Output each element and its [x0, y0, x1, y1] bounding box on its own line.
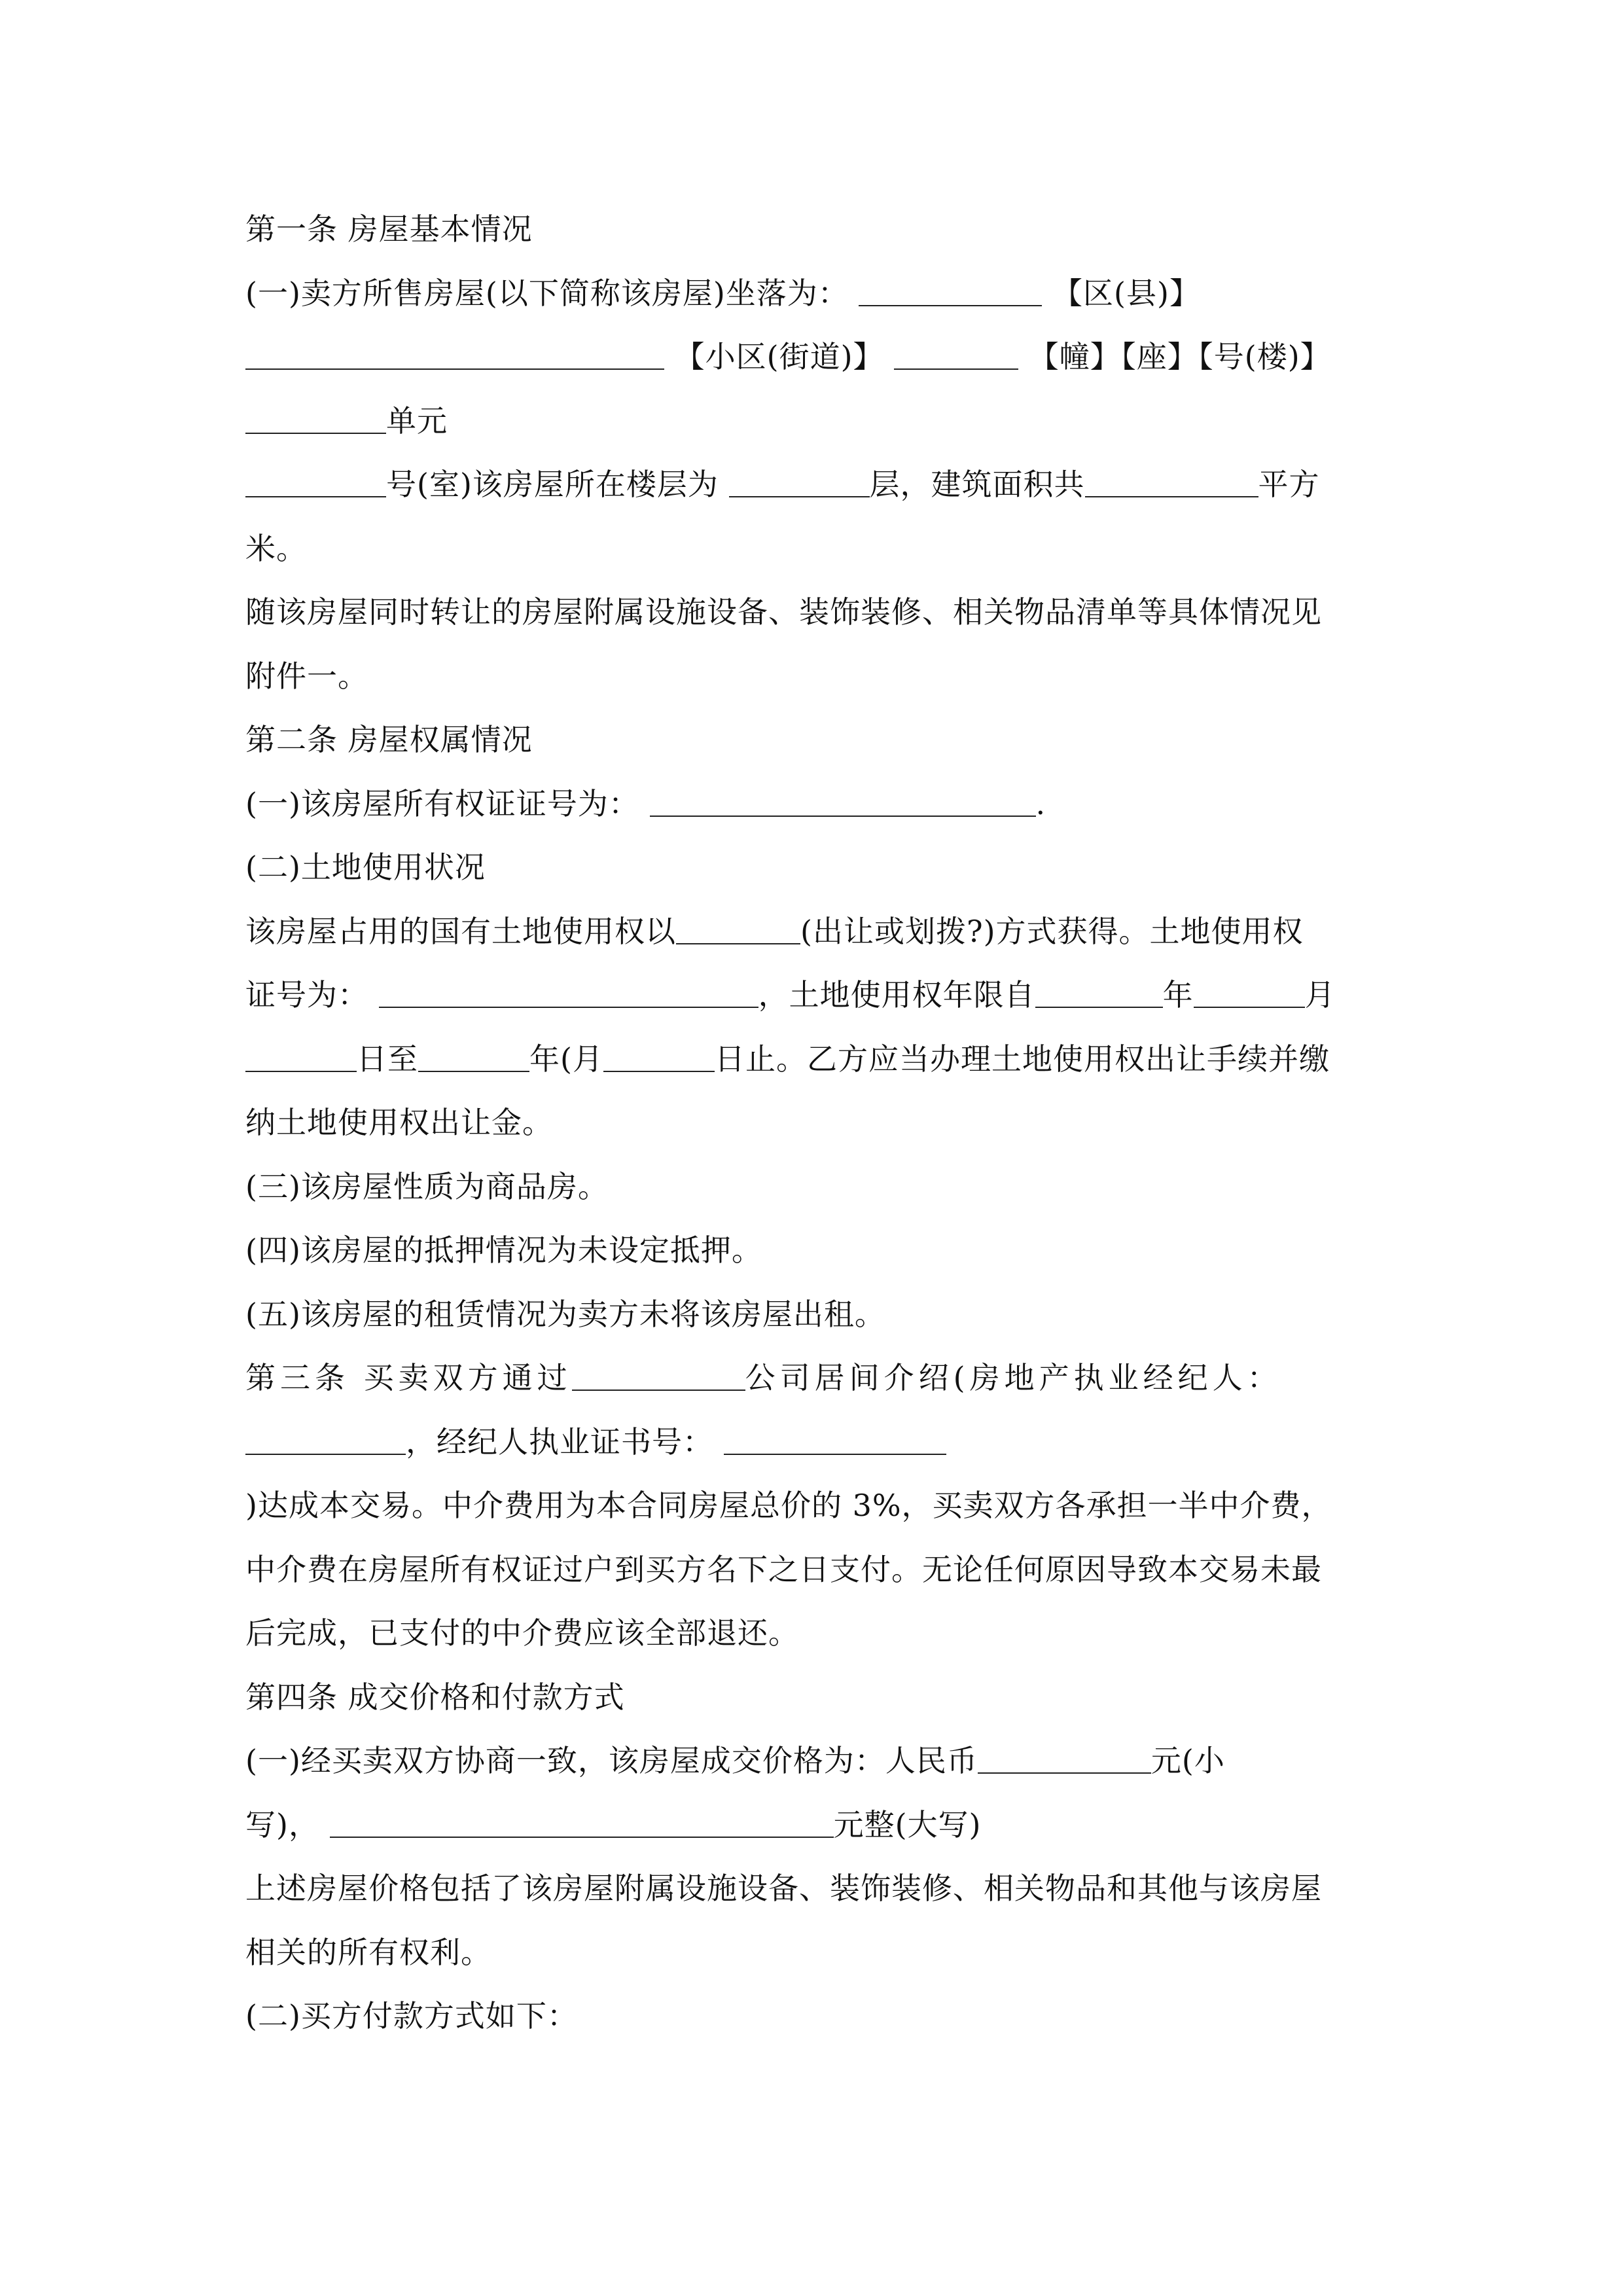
- heading-text: 第一条 房屋基本情况: [245, 211, 533, 247]
- contract-page: 第一条 房屋基本情况 (一)卖方所售房屋(以下简称该房屋)坐落为： 【区(县)】…: [245, 208, 1384, 2059]
- label-text: 单元: [386, 403, 448, 439]
- label-text: 元(小: [1151, 1743, 1225, 1778]
- land-method-blank[interactable]: [676, 913, 800, 944]
- label-text: ，经纪人执业证书号：: [406, 1424, 713, 1460]
- body-text: 附件一。: [245, 658, 368, 694]
- article2-item3: (三)该房屋性质为商品房。: [245, 1166, 1384, 1230]
- article1-line5: 米。: [245, 528, 1384, 592]
- label-text: 月: [1305, 977, 1336, 1013]
- body-text: 随该房屋同时转让的房屋附属设施设备、装饰装修、相关物品清单等具体情况见: [245, 594, 1322, 630]
- land-cert-blank[interactable]: [379, 977, 758, 1008]
- floor-blank[interactable]: [729, 466, 870, 497]
- body-text: 纳土地使用权出让金。: [245, 1105, 553, 1140]
- body-text: (二)买方付款方式如下：: [245, 1998, 578, 2034]
- price-words-blank[interactable]: [330, 1806, 834, 1838]
- heading-text: 第二条 房屋权属情况: [245, 722, 533, 757]
- label-text: 公司居间介绍(房地产执业经纪人：: [745, 1360, 1282, 1395]
- end-day-blank[interactable]: [603, 1041, 715, 1072]
- article1-unit-line: 单元: [245, 400, 1384, 464]
- article2-cert-line: (一)该房屋所有权证证号为： .: [245, 783, 1384, 847]
- agent-license-blank[interactable]: [724, 1424, 946, 1455]
- article4-price-line: (一)经买卖双方协商一致，该房屋成交价格为：人民币元(小: [245, 1740, 1384, 1804]
- article2-item4: (四)该房屋的抵押情况为未设定抵押。: [245, 1229, 1384, 1293]
- body-text: (三)该房屋性质为商品房。: [245, 1169, 609, 1204]
- article1-location-line: (一)卖方所售房屋(以下简称该房屋)坐落为： 【区(县)】: [245, 272, 1384, 336]
- label-text: 【小区(街道)】: [675, 339, 884, 374]
- label-text: (出让或划拨?)方式获得。土地使用权: [800, 914, 1304, 949]
- body-text: (五)该房屋的租赁情况为卖方未将该房屋出租。: [245, 1297, 885, 1332]
- article1-title: 第一条 房屋基本情况: [245, 208, 1384, 272]
- heading-text: 第四条 成交价格和付款方式: [245, 1679, 625, 1715]
- article3-line2: ，经纪人执业证书号：: [245, 1421, 1384, 1485]
- district-blank[interactable]: [859, 275, 1042, 306]
- label-text: 日至: [357, 1041, 418, 1077]
- body-text: 中介费在房屋所有权证过户到买方名下之日支付。无论任何原因导致本交易未最: [245, 1552, 1322, 1587]
- label-text: 【区(县)】: [1052, 276, 1200, 311]
- label-text: 元整(大写): [834, 1807, 982, 1842]
- community-blank[interactable]: [245, 338, 664, 370]
- label-text: 该房屋占用的国有土地使用权以: [245, 914, 676, 949]
- body-text: 上述房屋价格包括了该房屋附属设施设备、装饰装修、相关物品和其他与该房屋: [245, 1871, 1322, 1906]
- article1-line7: 附件一。: [245, 655, 1384, 719]
- body-text: )达成本交易。中介费用为本合同房屋总价的 3%，买卖双方各承担一半中介费，: [245, 1488, 1332, 1523]
- article4-line5: (二)买方付款方式如下：: [245, 1995, 1384, 2059]
- label-text: (一)经买卖双方协商一致，该房屋成交价格为：人民币: [245, 1743, 978, 1778]
- label-text: 年(月: [529, 1041, 603, 1077]
- body-text: 米。: [245, 531, 307, 566]
- article1-community-line: 【小区(街道)】 【幢】【座】【号(楼)】: [245, 336, 1384, 400]
- article4-line4: 相关的所有权利。: [245, 1931, 1384, 1996]
- label-text: 日止。乙方应当办理土地使用权出让手续并缴: [715, 1041, 1330, 1077]
- article2-land-line3: 日至年(月日止。乙方应当办理土地使用权出让手续并缴: [245, 1038, 1384, 1102]
- article1-line6: 随该房屋同时转让的房屋附属设施设备、装饰装修、相关物品清单等具体情况见: [245, 591, 1384, 655]
- article4-title: 第四条 成交价格和付款方式: [245, 1676, 1384, 1740]
- start-month-blank[interactable]: [1194, 977, 1305, 1008]
- article2-title: 第二条 房屋权属情况: [245, 719, 1384, 783]
- article4-line3: 上述房屋价格包括了该房屋附属设施设备、装饰装修、相关物品和其他与该房屋: [245, 1867, 1384, 1931]
- body-text: (二)土地使用状况: [245, 850, 486, 885]
- ownership-cert-blank[interactable]: [650, 785, 1036, 817]
- article3-line5: 后完成，已支付的中介费应该全部退还。: [245, 1612, 1384, 1676]
- article3-line3: )达成本交易。中介费用为本合同房屋总价的 3%，买卖双方各承担一半中介费，: [245, 1484, 1384, 1549]
- label-text: ，土地使用权年限自: [758, 977, 1035, 1013]
- article3-line4: 中介费在房屋所有权证过户到买方名下之日支付。无论任何原因导致本交易未最: [245, 1549, 1384, 1613]
- label-text: 【幢】【座】【号(楼)】: [1029, 339, 1331, 374]
- label-text: 年: [1163, 977, 1194, 1013]
- article1-room-line: 号(室)该房屋所在楼层为 层，建筑面积共平方: [245, 463, 1384, 528]
- agency-company-blank[interactable]: [572, 1359, 745, 1391]
- unit-blank[interactable]: [245, 403, 386, 434]
- start-day-blank[interactable]: [245, 1041, 357, 1072]
- body-text: 后完成，已支付的中介费应该全部退还。: [245, 1615, 799, 1651]
- label-text: 号(室)该房屋所在楼层为: [386, 467, 719, 502]
- label-text: 证号为：: [245, 977, 368, 1013]
- label-text: 层，建筑面积共: [870, 467, 1085, 502]
- label-text: 平方: [1258, 467, 1320, 502]
- label-text: 写)，: [245, 1807, 319, 1842]
- label-text: .: [1036, 786, 1046, 821]
- article2-land-line1: 该房屋占用的国有土地使用权以(出让或划拨?)方式获得。土地使用权: [245, 910, 1384, 975]
- room-blank[interactable]: [245, 466, 386, 497]
- body-text: (四)该房屋的抵押情况为未设定抵押。: [245, 1232, 762, 1268]
- article2-land-line4: 纳土地使用权出让金。: [245, 1102, 1384, 1166]
- label-text: (一)卖方所售房屋(以下简称该房屋)坐落为：: [245, 276, 849, 311]
- article2-land-title: (二)土地使用状况: [245, 846, 1384, 910]
- article2-land-line2: 证号为： ，土地使用权年限自年月: [245, 974, 1384, 1038]
- building-blank[interactable]: [894, 338, 1018, 370]
- agent-name-blank[interactable]: [245, 1424, 406, 1455]
- article2-item5: (五)该房屋的租赁情况为卖方未将该房屋出租。: [245, 1293, 1384, 1357]
- start-year-blank[interactable]: [1035, 977, 1163, 1008]
- price-figures-blank[interactable]: [978, 1742, 1151, 1774]
- label-text: (一)该房屋所有权证证号为：: [245, 786, 639, 821]
- area-blank[interactable]: [1085, 466, 1258, 497]
- body-text: 相关的所有权利。: [245, 1935, 491, 1970]
- label-text: 第三条 买卖双方通过: [245, 1360, 572, 1395]
- article3-line1: 第三条 买卖双方通过公司居间介绍(房地产执业经纪人：: [245, 1357, 1384, 1421]
- article4-price-words-line: 写)， 元整(大写): [245, 1804, 1384, 1868]
- end-year-blank[interactable]: [418, 1041, 529, 1072]
